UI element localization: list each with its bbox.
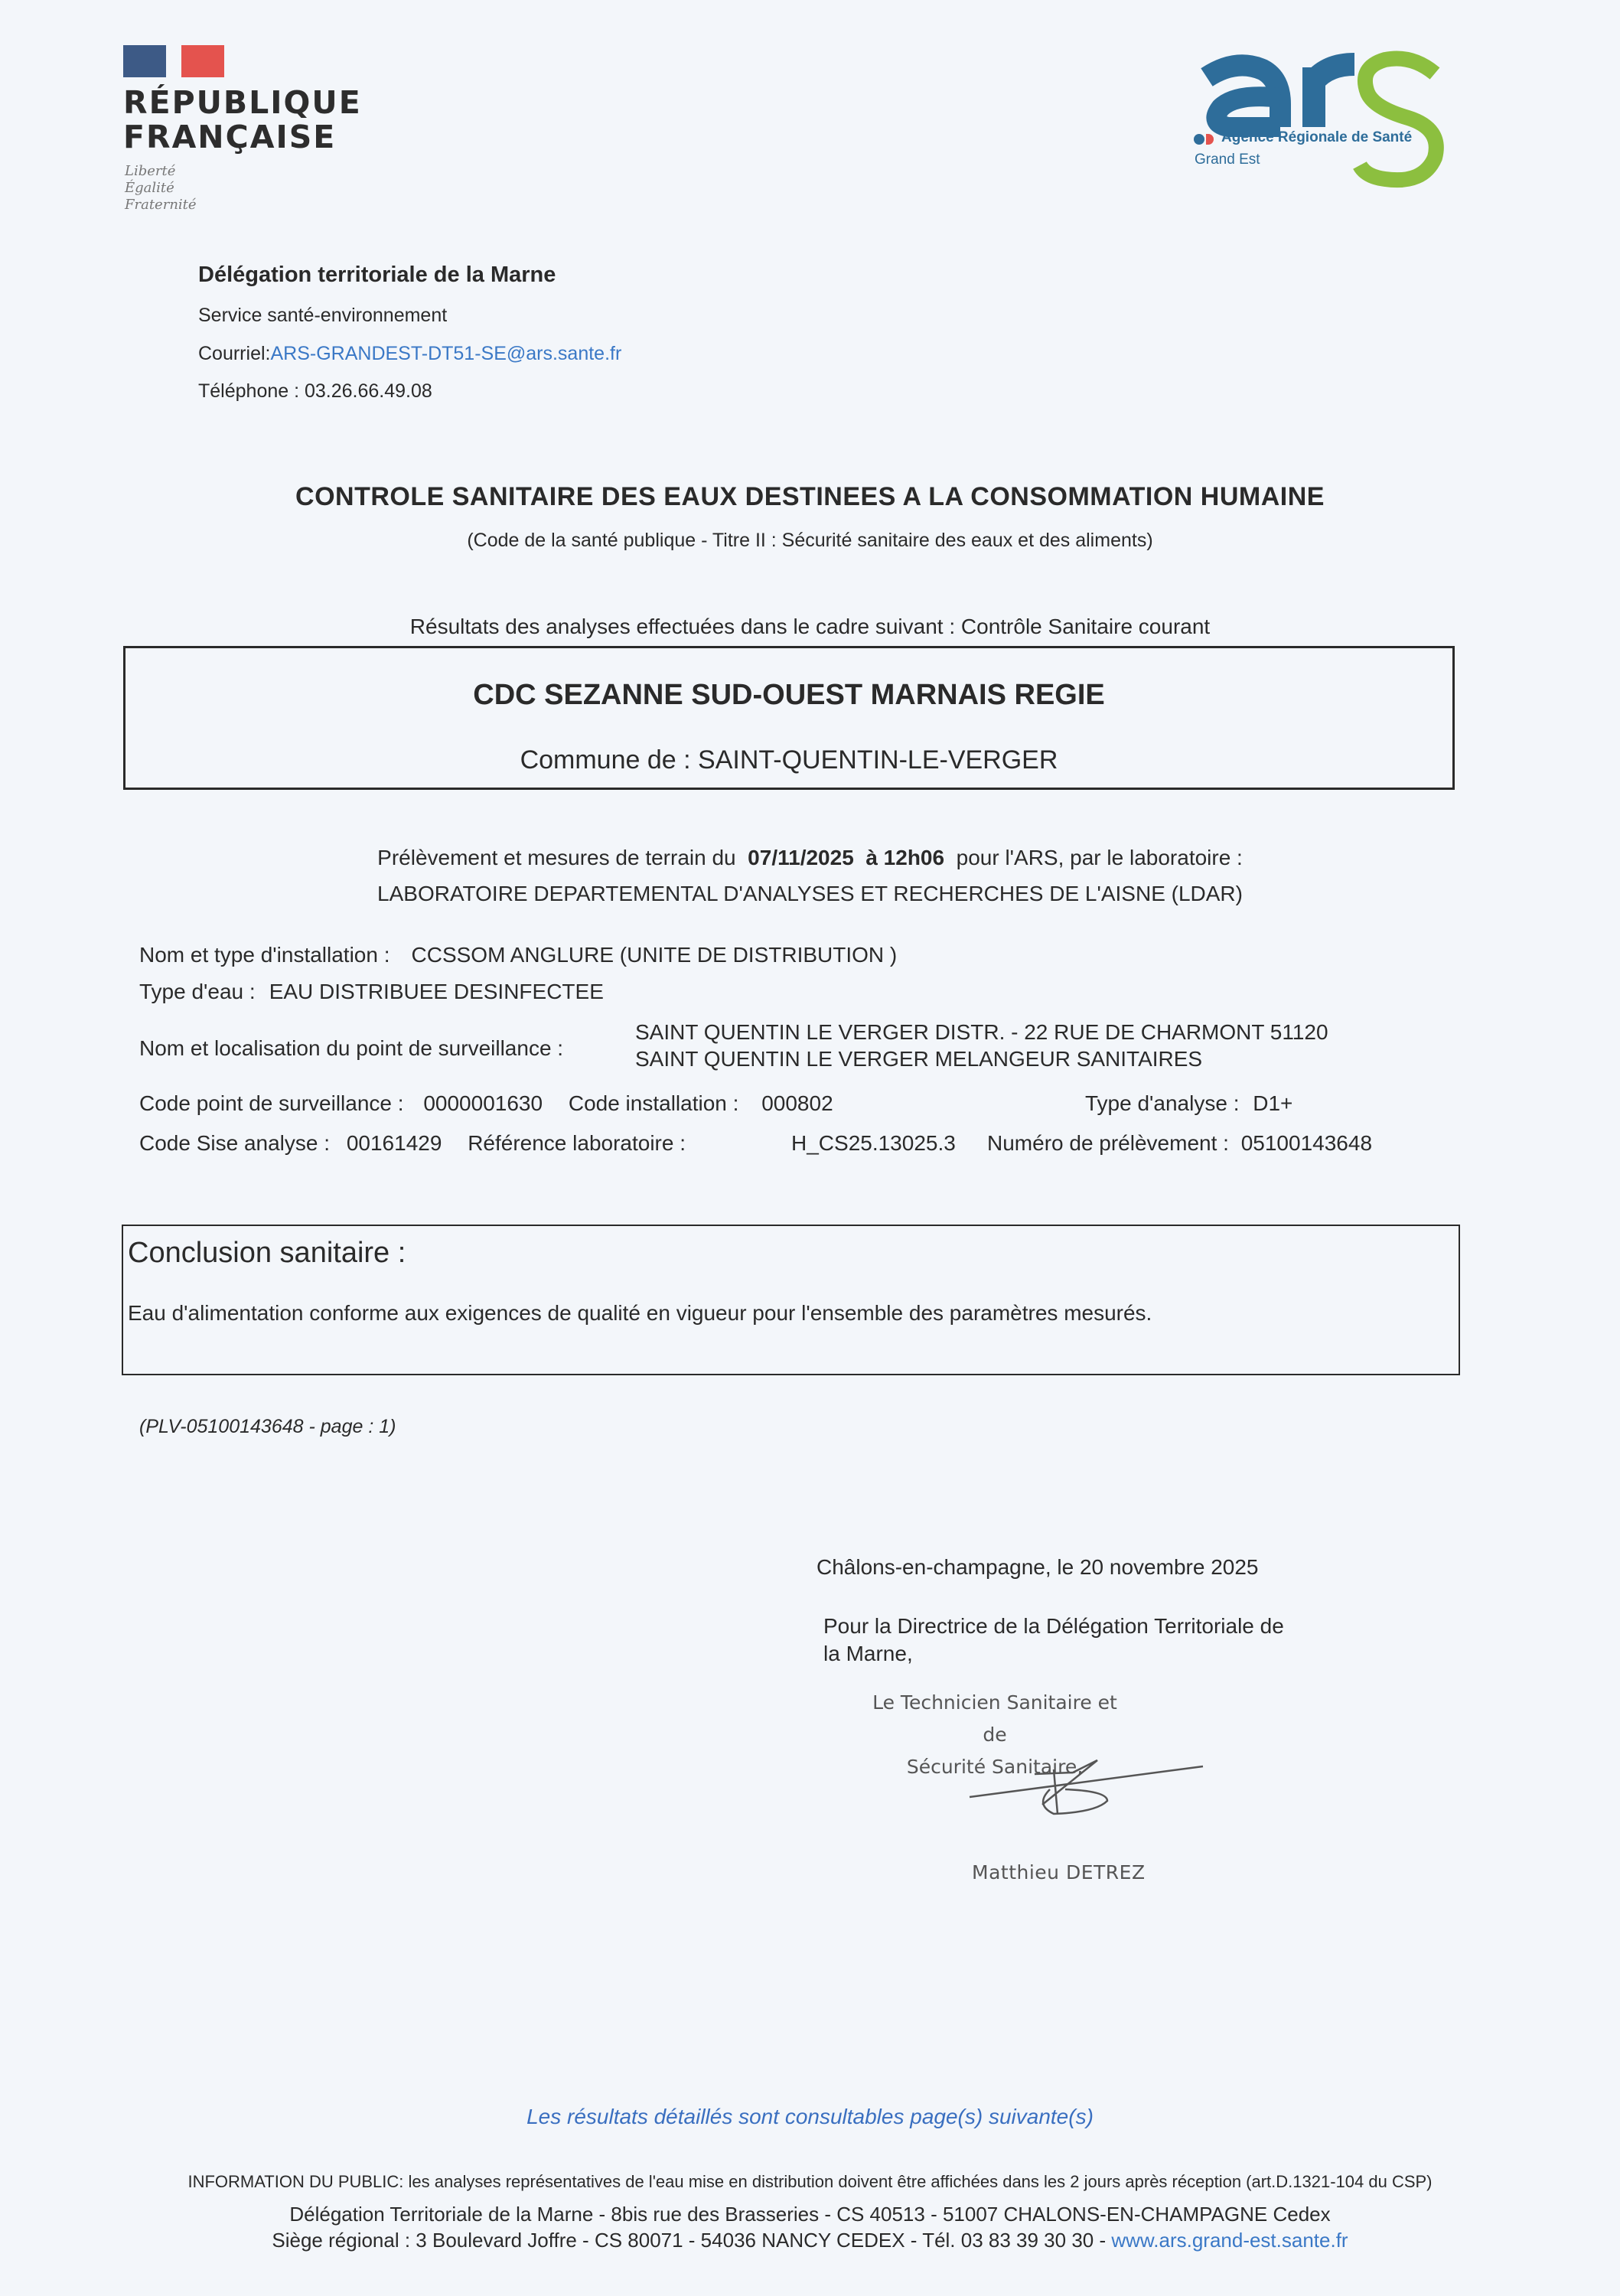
- ars-agency-name: Agence Régionale de Santé: [1221, 129, 1412, 146]
- analysis-type-row: Type d'analyse : D1+: [1085, 1091, 1292, 1116]
- point-value-2: SAINT QUENTIN LE VERGER MELANGEUR SANITA…: [635, 1047, 1202, 1071]
- public-information: INFORMATION DU PUBLIC: les analyses repr…: [0, 2172, 1620, 2192]
- sender-title: Délégation territoriale de la Marne: [198, 263, 556, 288]
- sender-service: Service santé-environnement: [198, 305, 447, 327]
- analysis-type-value: D1+: [1253, 1091, 1292, 1115]
- place-date: Châlons-en-champagne, le 20 novembre 202…: [817, 1555, 1259, 1580]
- sender-phone: Téléphone : 03.26.66.49.08: [198, 380, 432, 403]
- republique-motto: Liberté Égalité Fraternité: [125, 163, 197, 214]
- republique-francaise-logo-text: RÉPUBLIQUE FRANÇAISE: [123, 86, 362, 155]
- point-value-1: SAINT QUENTIN LE VERGER DISTR. - 22 RUE …: [635, 1020, 1328, 1045]
- conclusion-title: Conclusion sanitaire :: [128, 1237, 406, 1270]
- page-reference: (PLV-05100143648 - page : 1): [139, 1416, 396, 1438]
- sampling-line: Prélèvement et mesures de terrain du 07/…: [0, 846, 1620, 870]
- entity-commune: Commune de : SAINT-QUENTIN-LE-VERGER: [125, 745, 1452, 775]
- laboratory-name: LABORATOIRE DEPARTEMENTAL D'ANALYSES ET …: [0, 882, 1620, 906]
- footer-address-2: Siège régional : 3 Boulevard Joffre - CS…: [0, 2229, 1620, 2252]
- mail-link[interactable]: ARS-GRANDEST-DT51-SE@ars.sante.fr: [270, 343, 621, 364]
- sampling-date: 07/11/2025: [748, 846, 854, 869]
- installation-value: CCSSOM ANGLURE (UNITE DE DISTRIBUTION ): [412, 943, 898, 967]
- water-type-value: EAU DISTRIBUEE DESINFECTEE: [269, 980, 604, 1003]
- lab-ref-value: H_CS25.13025.3: [791, 1131, 986, 1156]
- sampling-time: à 12h06: [865, 846, 944, 869]
- website-link[interactable]: www.ars.grand-est.sante.fr: [1111, 2229, 1348, 2252]
- ars-region: Grand Est: [1195, 152, 1260, 168]
- sample-number-value: 05100143648: [1241, 1131, 1372, 1155]
- installation-code-value: 000802: [761, 1091, 833, 1115]
- footer-address-1: Délégation Territoriale de la Marne - 8b…: [0, 2203, 1620, 2226]
- installation-row: Nom et type d'installation :CCSSOM ANGLU…: [139, 943, 897, 967]
- sender-mail-line: Courriel:ARS-GRANDEST-DT51-SE@ars.sante.…: [198, 343, 621, 365]
- handwritten-signature: [966, 1759, 1218, 1820]
- marianne-flag-logo: [123, 45, 224, 77]
- conclusion-text: Eau d'alimentation conforme aux exigence…: [128, 1301, 1152, 1326]
- analysis-context: Résultats des analyses effectuées dans l…: [0, 615, 1620, 639]
- water-type-row: Type d'eau :EAU DISTRIBUEE DESINFECTEE: [139, 980, 604, 1004]
- codes-row-2: Code Sise analyse : 00161429 Référence l…: [139, 1131, 686, 1156]
- more-results-note: Les résultats détaillés sont consultable…: [0, 2105, 1620, 2129]
- document-subtitle: (Code de la santé publique - Titre II : …: [0, 530, 1620, 552]
- sample-number-row: Numéro de prélèvement : 05100143648: [987, 1131, 1372, 1156]
- ars-dots-icon: [1194, 134, 1217, 145]
- entity-box: CDC SEZANNE SUD-OUEST MARNAIS REGIE Comm…: [123, 646, 1455, 790]
- document-title: CONTROLE SANITAIRE DES EAUX DESTINEES A …: [0, 482, 1620, 512]
- signature-for: Pour la Directrice de la Délégation Terr…: [823, 1613, 1284, 1668]
- conclusion-box: Conclusion sanitaire : Eau d'alimentatio…: [122, 1225, 1460, 1375]
- ars-logo: [1190, 51, 1450, 192]
- entity-name: CDC SEZANNE SUD-OUEST MARNAIS REGIE: [125, 679, 1452, 712]
- signatory-name: Matthieu DETREZ: [972, 1861, 1146, 1883]
- mail-label: Courriel:: [198, 343, 270, 364]
- point-code-value: 0000001630: [423, 1091, 543, 1115]
- point-label: Nom et localisation du point de surveill…: [139, 1036, 563, 1061]
- codes-row-1: Code point de surveillance : 0000001630 …: [139, 1091, 833, 1116]
- sise-value: 00161429: [347, 1131, 442, 1155]
